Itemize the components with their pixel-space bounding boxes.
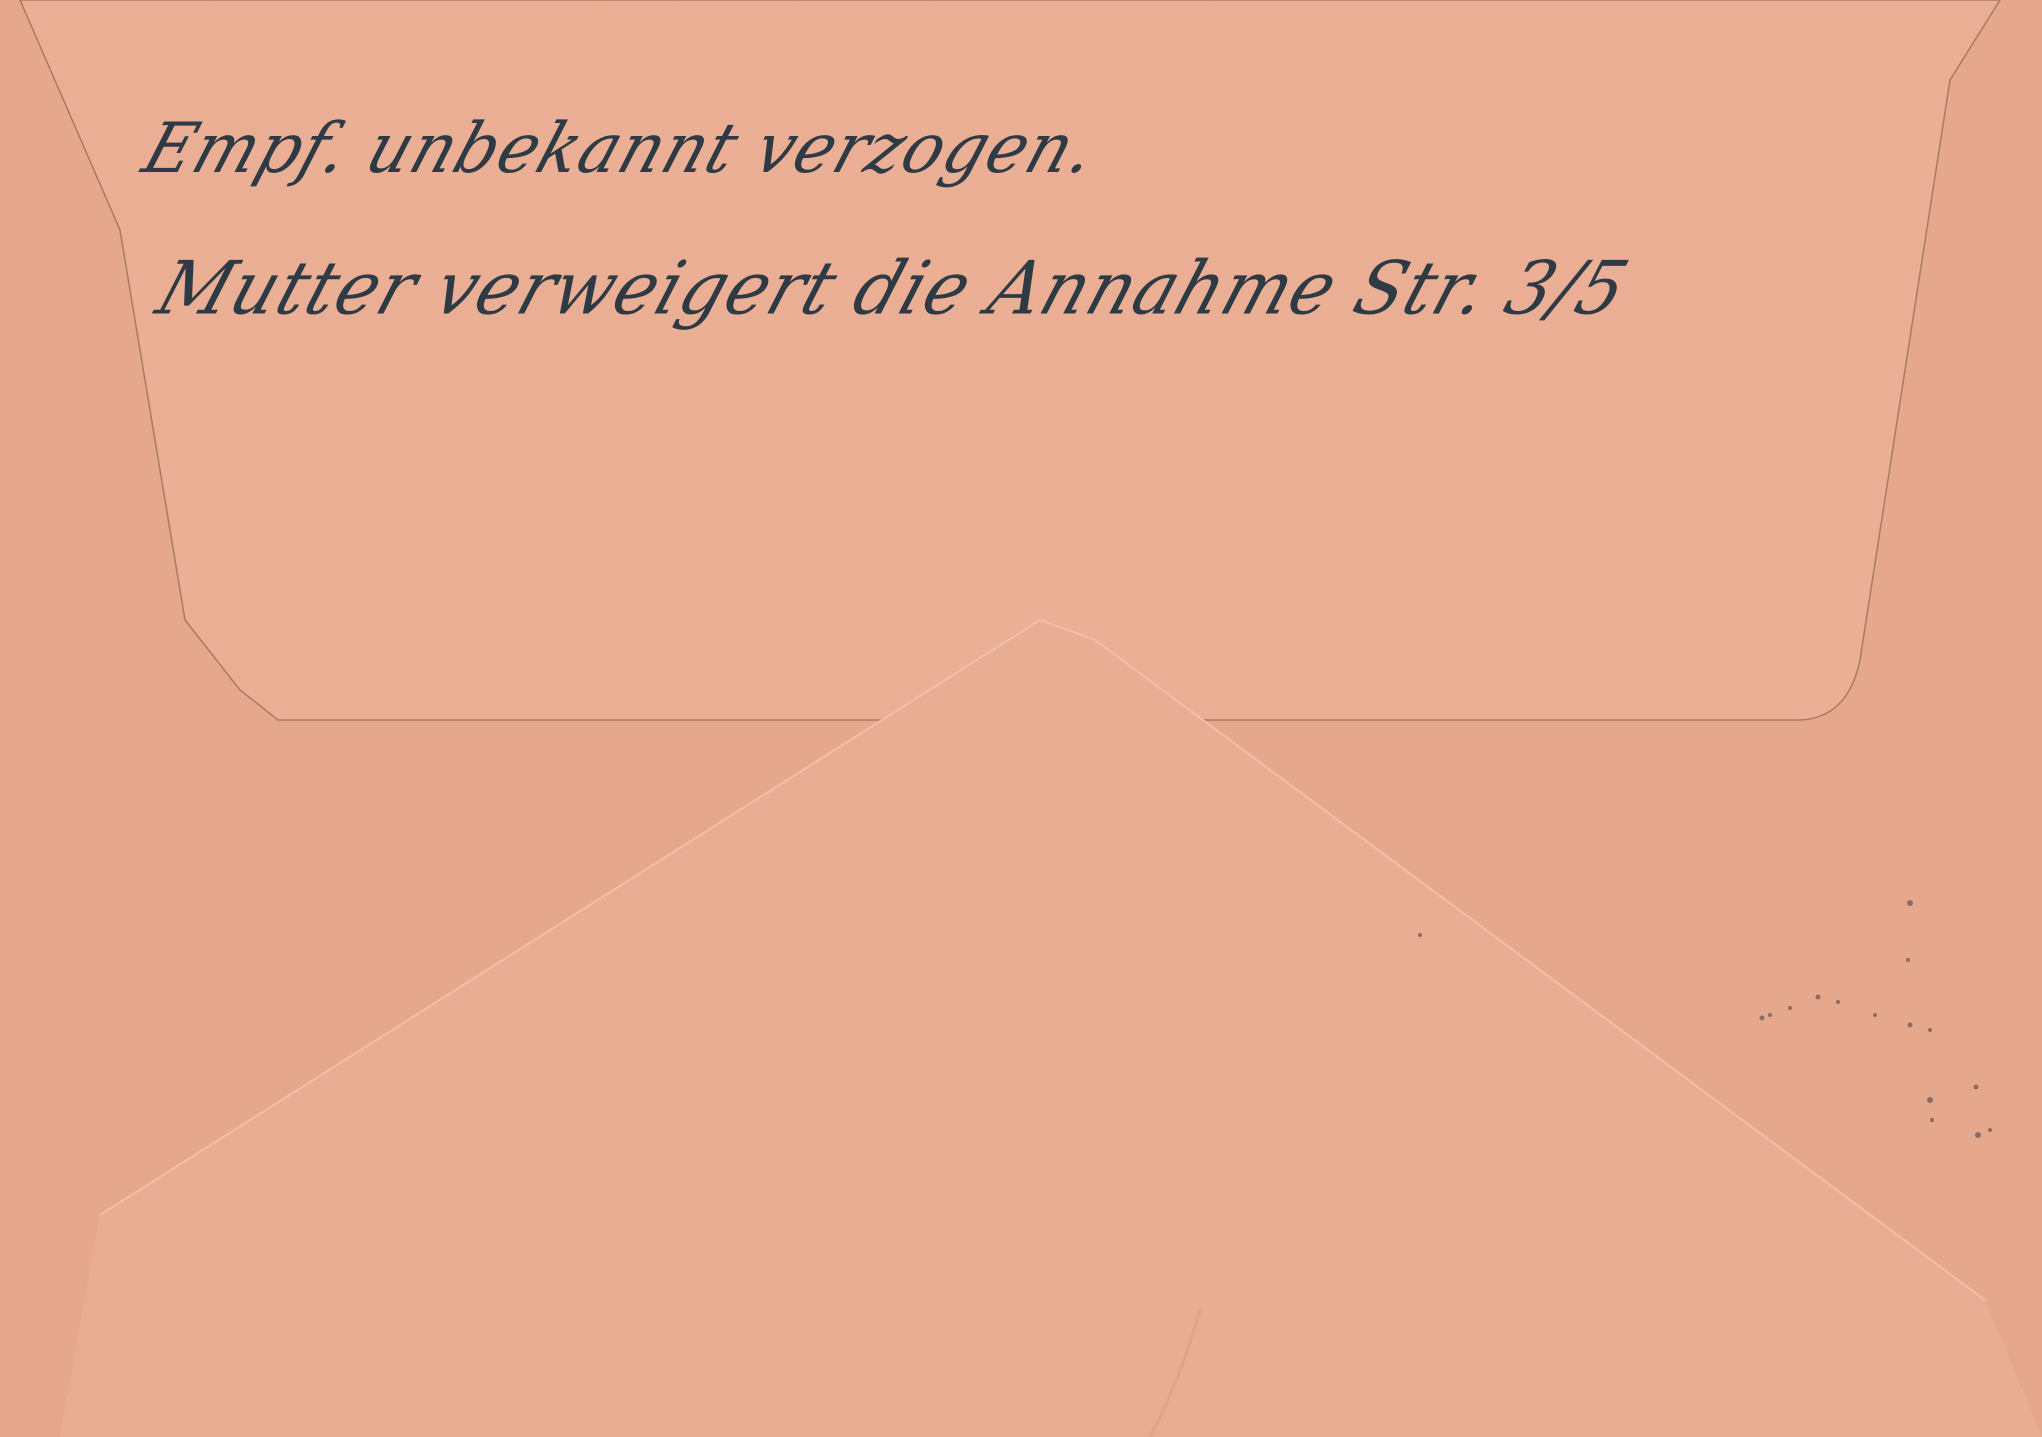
- handwritten-note-line-1: Empf. unbekannt verzogen.: [134, 108, 1108, 189]
- handwritten-note-line-2: Mutter verweigert die Annahme Str. 3/5: [147, 245, 1639, 331]
- envelope-flaps: [0, 0, 2042, 1437]
- envelope-back: Empf. unbekannt verzogen. Mutter verweig…: [0, 0, 2042, 1437]
